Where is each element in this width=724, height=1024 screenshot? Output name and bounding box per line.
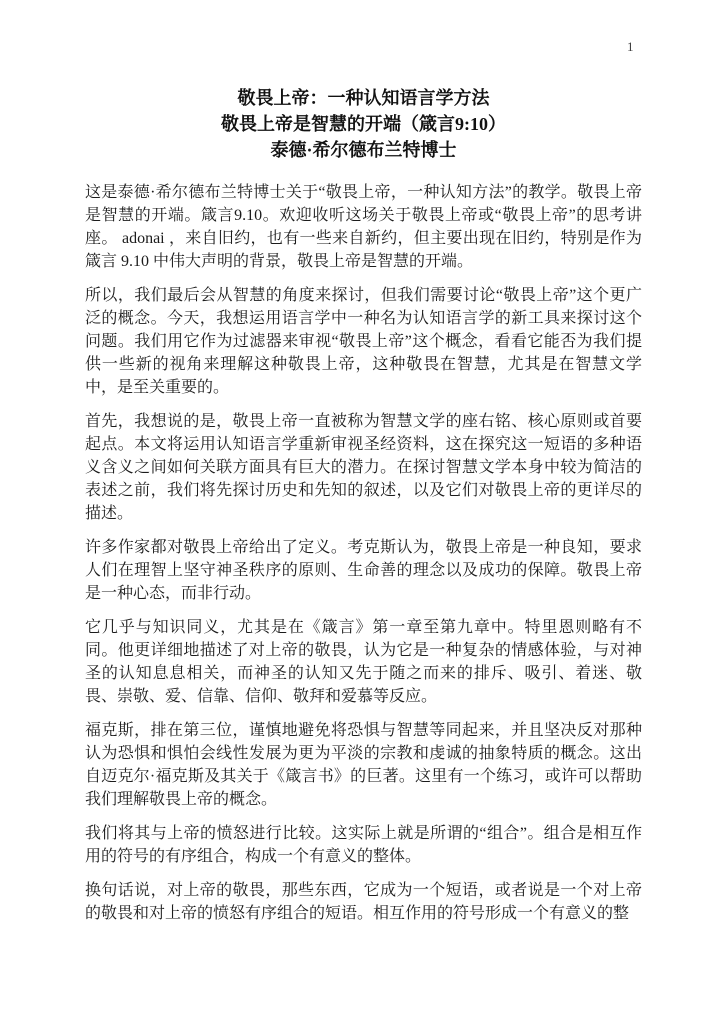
paragraph-6: 福克斯，排在第三位，谨慎地避免将恐惧与智慧等同起来，并且坚决反对那种认为恐惧和惧… — [85, 719, 642, 811]
paragraph-7: 我们将其与上帝的愤怒进行比较。这实际上就是所谓的“组合”。组合是相互作用的符号的… — [85, 822, 642, 868]
paragraph-5: 它几乎与知识同义，尤其是在《箴言》第一章至第九章中。特里恩则略有不同。他更详细地… — [85, 616, 642, 708]
document-title-block: 敬畏上帝：一种认知语言学方法 敬畏上帝是智慧的开端（箴言9:10） 泰德·希尔德… — [85, 85, 642, 163]
paragraph-8: 换句话说，对上帝的敬畏，那些东西，它成为一个短语，或者说是一个对上帝的敬畏和对上… — [85, 879, 642, 925]
title-line-main: 敬畏上帝：一种认知语言学方法 — [85, 85, 642, 111]
paragraph-2: 所以，我们最后会从智慧的角度来探讨，但我们需要讨论“敬畏上帝”这个更广泛的概念。… — [85, 284, 642, 399]
document-page: 1 敬畏上帝：一种认知语言学方法 敬畏上帝是智慧的开端（箴言9:10） 泰德·希… — [0, 0, 724, 1024]
title-line-author: 泰德·希尔德布兰特博士 — [85, 137, 642, 163]
document-body: 这是泰德·希尔德布兰特博士关于“敬畏上帝，一种认知方法”的教学。敬畏上帝是智慧的… — [85, 181, 642, 936]
paragraph-4: 许多作家都对敬畏上帝给出了定义。考克斯认为，敬畏上帝是一种良知，要求人们在理智上… — [85, 536, 642, 605]
page-number: 1 — [627, 39, 634, 55]
title-line-subtitle: 敬畏上帝是智慧的开端（箴言9:10） — [85, 111, 642, 137]
paragraph-1: 这是泰德·希尔德布兰特博士关于“敬畏上帝，一种认知方法”的教学。敬畏上帝是智慧的… — [85, 181, 642, 273]
paragraph-3: 首先，我想说的是，敬畏上帝一直被称为智慧文学的座右铭、核心原则或首要起点。本文将… — [85, 410, 642, 525]
